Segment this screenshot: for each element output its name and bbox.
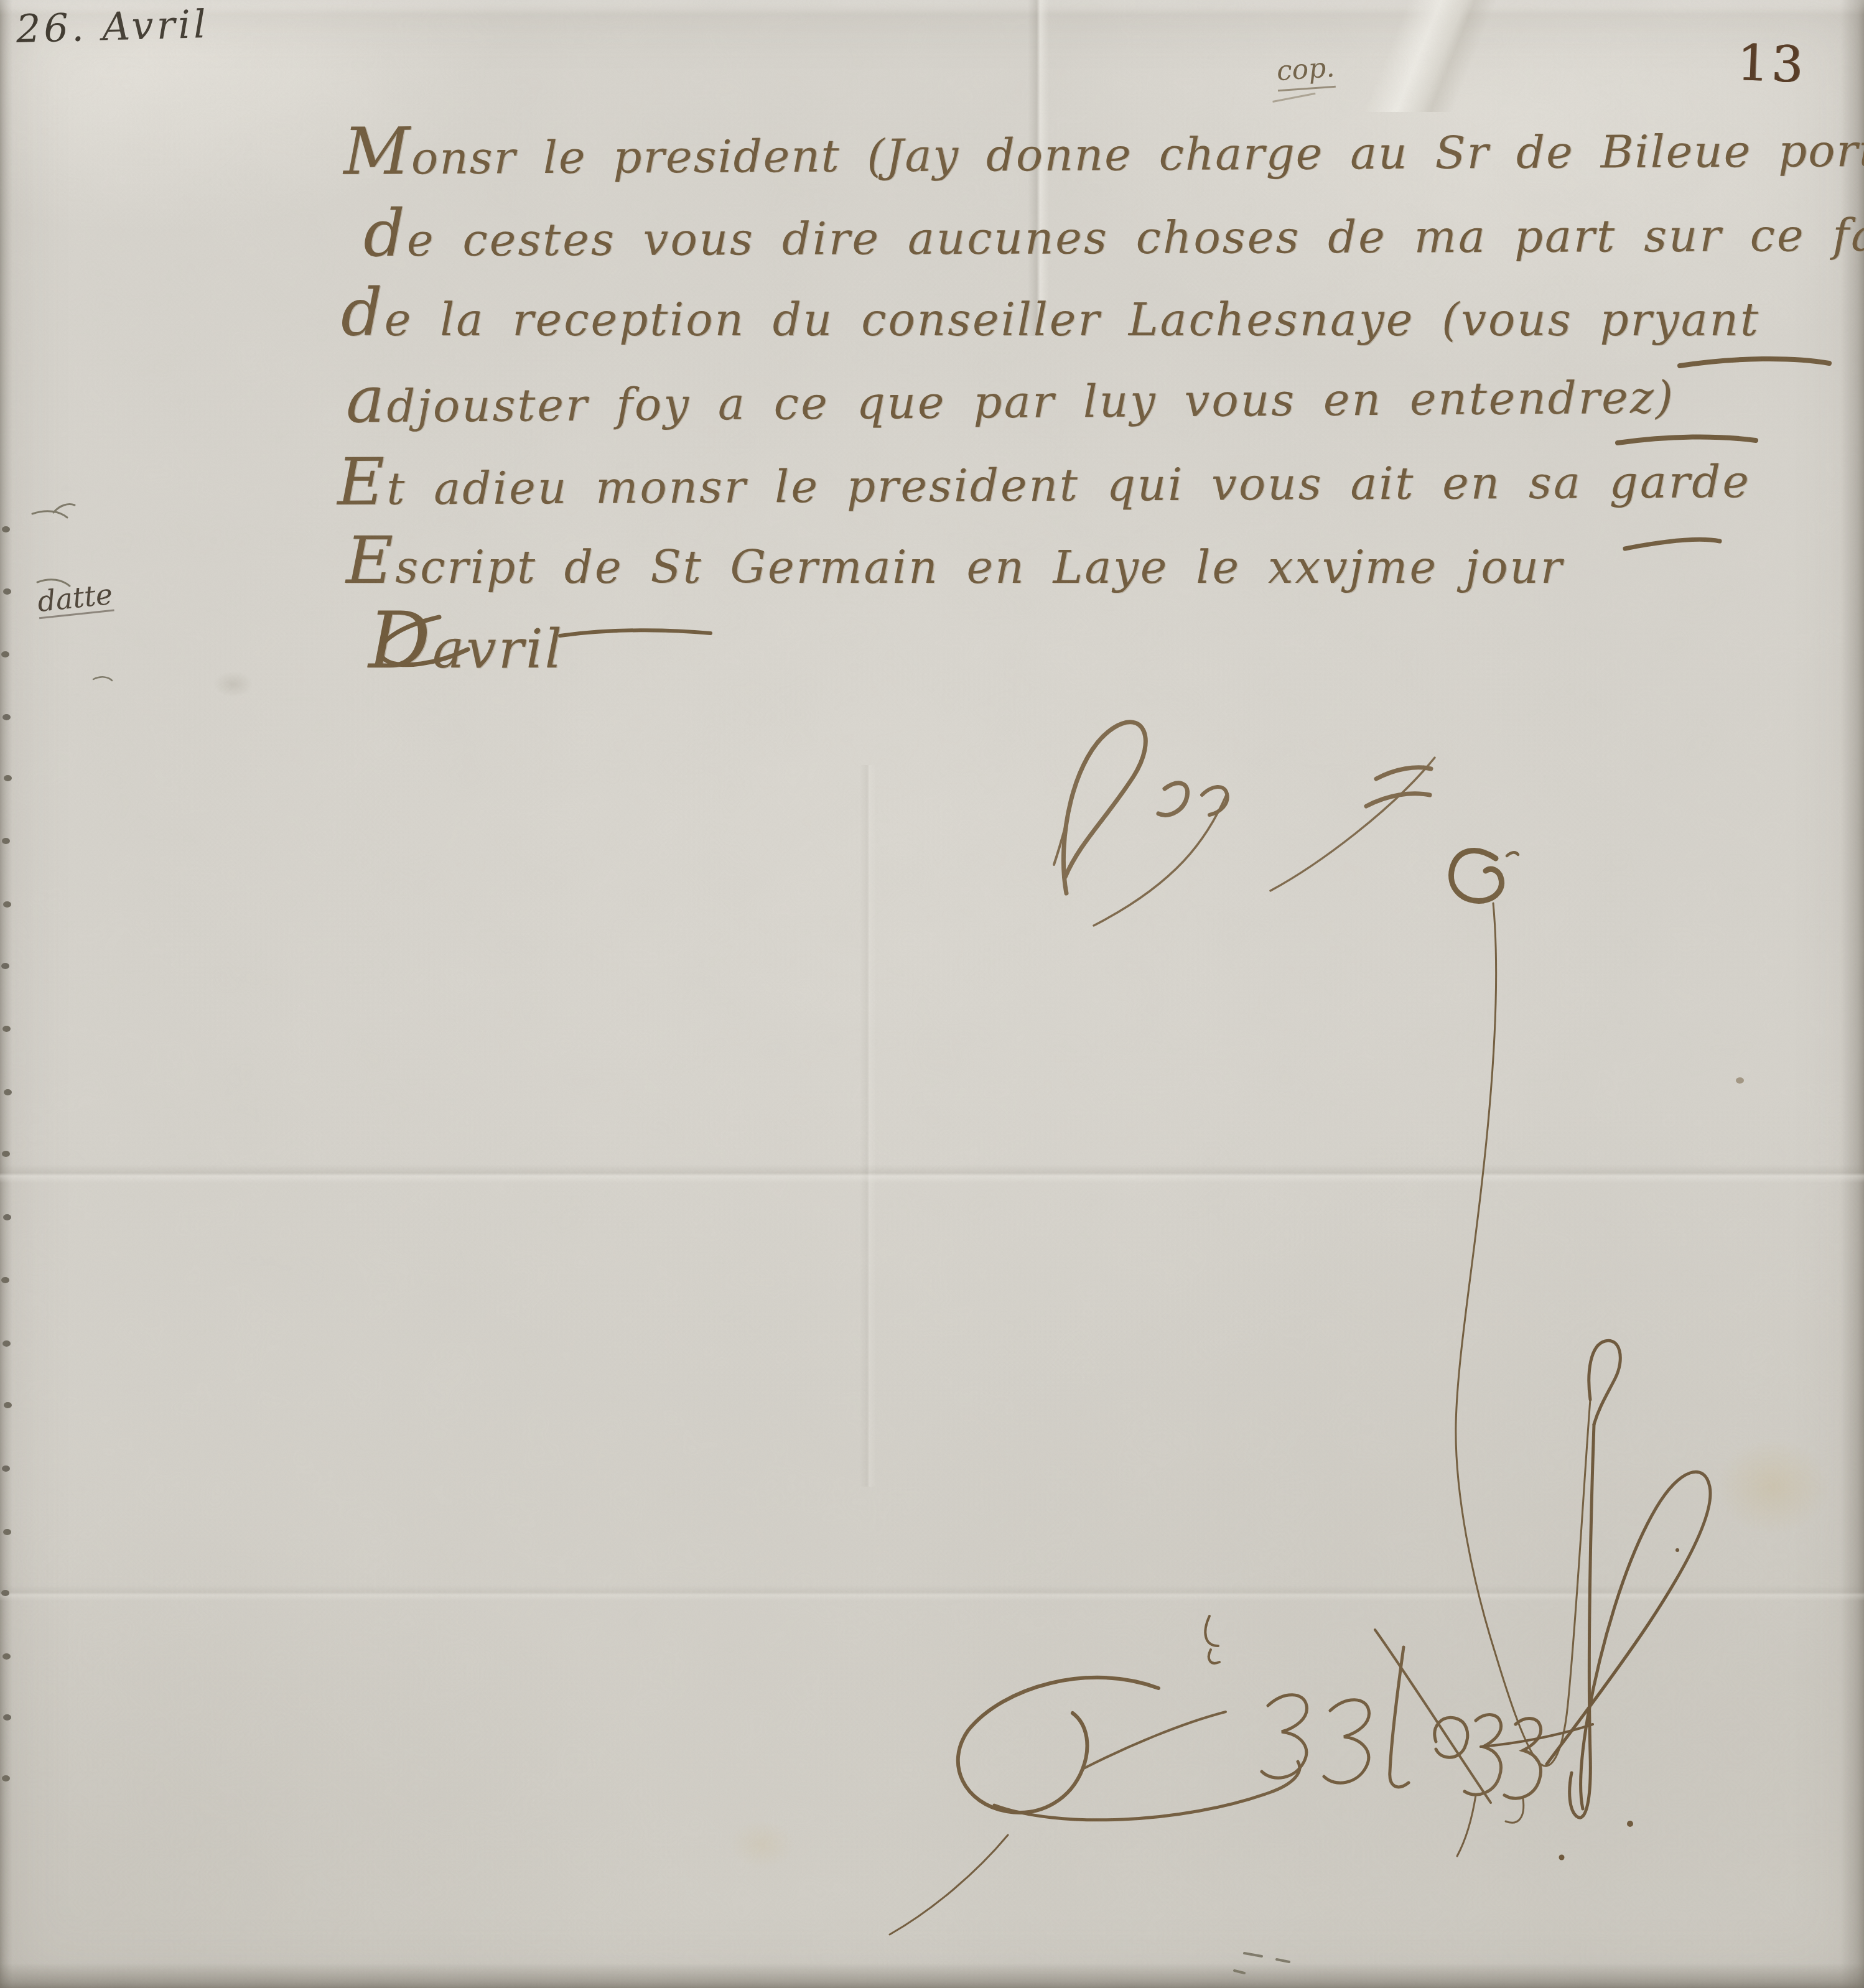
paper-fibres: [32, 504, 1289, 1974]
stitch-holes: [2, 526, 10, 532]
crease-vertical-middle: [860, 765, 876, 1487]
margin-note-datte: datte: [36, 577, 114, 618]
crease-horizontal-upper: [0, 1164, 1864, 1183]
folio-number: 13: [1736, 34, 1806, 94]
paper-edge-bottom: [0, 1963, 1864, 1988]
letter-line-2: de cestes vous dire aucunes choses de ma…: [363, 190, 1864, 272]
paraph-mark: [1452, 850, 1590, 1766]
archival-date-annotation: 26. Avril: [16, 1, 210, 52]
stain: [1692, 1418, 1854, 1555]
manuscript-page: 26. Avril cop. 13 datte Monsr le preside…: [0, 0, 1864, 1988]
stain: [205, 666, 261, 703]
letter-line-6: Escript de St Germain en Laye le xxvjme …: [346, 523, 1563, 598]
letter-line-7: Davril: [368, 596, 564, 686]
crease-horizontal-lower: [0, 1585, 1864, 1601]
paper-tear: [1349, 0, 1504, 112]
letter-line-3: de la reception du conseiller Lachesnaye…: [341, 275, 1760, 351]
secretary-paraph-knot: [1481, 1340, 1710, 1860]
royal-signature: [1054, 722, 1435, 926]
secretary-signature: [890, 1616, 1541, 1935]
letter-line-1: Monsr le president (Jay donne charge au …: [343, 105, 1864, 190]
stain: [715, 1810, 809, 1879]
copy-mark: cop.: [1275, 52, 1336, 91]
paper-edge-right: [1840, 0, 1864, 1988]
letter-line-4: adjouster foy a ce que par luy vous en e…: [346, 353, 1675, 438]
paper-edge-left: [0, 0, 12, 1988]
letter-line-5: Et adieu monsr le president qui vous ait…: [337, 437, 1751, 520]
ink-speck: [1736, 1077, 1744, 1084]
paper-edge-top: [0, 0, 1864, 15]
